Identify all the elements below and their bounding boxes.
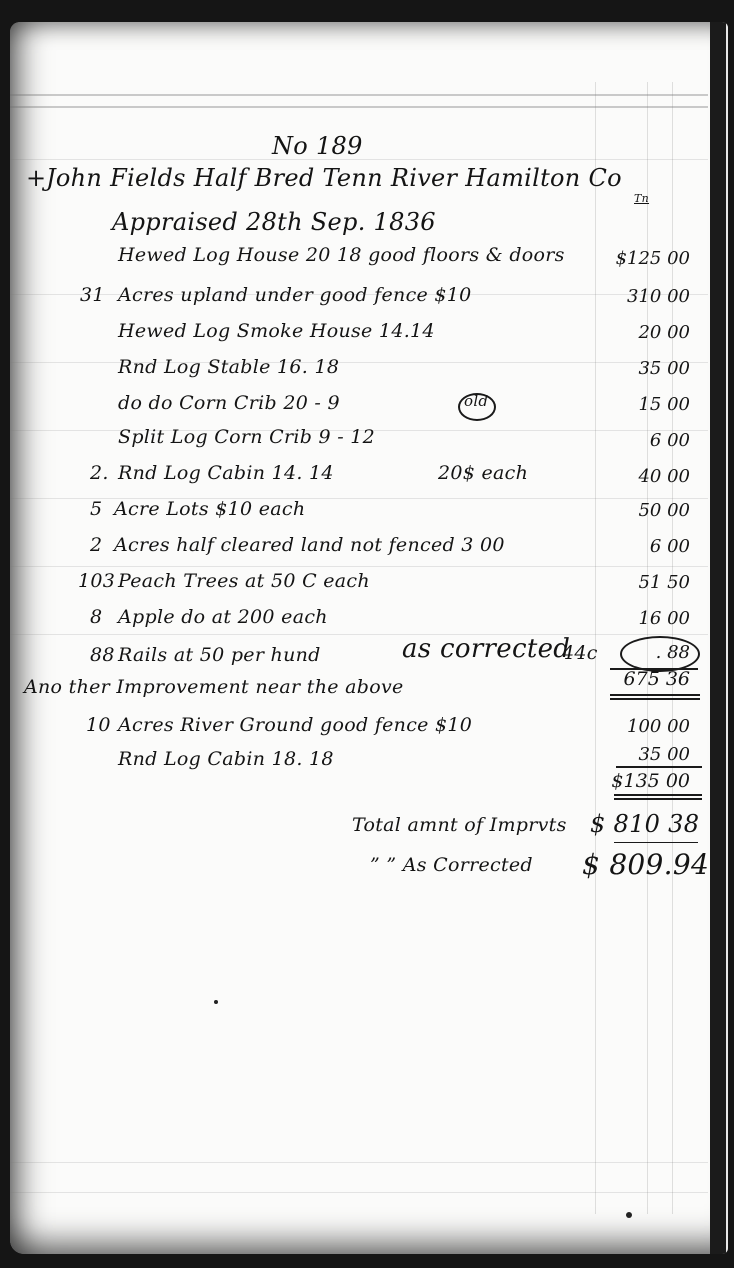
item-amount: 16 00 xyxy=(580,608,690,629)
item-qty: 31 xyxy=(80,284,105,306)
double-rule xyxy=(610,698,700,700)
page-rule xyxy=(10,94,708,96)
item-qty: 5 xyxy=(90,498,102,520)
item-amount: . 88 xyxy=(580,642,690,663)
double-rule xyxy=(614,798,702,800)
item-description: Acres River Ground good fence $10 xyxy=(118,714,472,736)
item-qty: 10 xyxy=(86,714,111,736)
scan-speck xyxy=(214,1000,218,1004)
item-amount: $125 00 xyxy=(580,248,690,269)
item-qty: 88 xyxy=(90,644,115,666)
item-description: Rnd Log Cabin 18. 18 xyxy=(118,748,334,770)
sum-rule xyxy=(616,766,702,768)
item-amount: 35 00 xyxy=(580,358,690,379)
section-2-heading: Ano ther Improvement near the above xyxy=(24,676,404,698)
item-amount: 50 00 xyxy=(580,500,690,521)
double-rule xyxy=(614,794,702,796)
total-rule xyxy=(614,842,698,843)
grid-line xyxy=(10,566,708,567)
subtotal-1: 675 36 xyxy=(580,668,690,690)
subtotal-2: $135 00 xyxy=(580,770,690,792)
grid-line xyxy=(10,1192,708,1193)
item-amount: 6 00 xyxy=(580,430,690,451)
claimant-line: John Fields Half Bred Tenn River Hamilto… xyxy=(46,164,622,192)
item-amount: 40 00 xyxy=(580,466,690,487)
item-description: Rnd Log Stable 16. 18 xyxy=(118,356,339,378)
item-description: Hewed Log House 20 18 good floors & door… xyxy=(118,244,565,266)
item-qty: 8 xyxy=(90,606,102,628)
corrected-label: ” ” As Corrected xyxy=(370,854,533,876)
item-qty: 2 xyxy=(90,534,102,556)
item-description: do do Corn Crib 20 - 9 xyxy=(118,392,340,414)
item-amount: 6 00 xyxy=(580,536,690,557)
item-description: Rails at 50 per hund xyxy=(118,644,321,666)
item-amount: 35 00 xyxy=(580,744,690,765)
page-rule xyxy=(10,106,708,108)
item-note: old xyxy=(464,392,488,410)
item-qty: 2. xyxy=(90,462,109,484)
record-number: No 189 xyxy=(272,132,363,160)
double-rule xyxy=(610,694,700,696)
item-description: Apple do at 200 each xyxy=(118,606,328,628)
item-description: Acres half cleared land not fenced 3 00 xyxy=(114,534,505,556)
item-description: Split Log Corn Crib 9 - 12 xyxy=(118,426,375,448)
claimant-mark: + xyxy=(26,164,46,192)
item-description: Rnd Log Cabin 14. 14 xyxy=(118,462,334,484)
county-note: Tn xyxy=(634,192,649,205)
item-qty: 103 xyxy=(78,570,115,592)
ledger-page: No 189 + John Fields Half Bred Tenn Rive… xyxy=(10,22,728,1254)
total-value: $ 810 38 xyxy=(590,810,699,838)
correction-note: as corrected xyxy=(402,634,570,664)
item-description: Acre Lots $10 each xyxy=(114,498,305,520)
binding-edge xyxy=(710,22,726,1254)
item-description: Peach Trees at 50 C each xyxy=(118,570,370,592)
grid-line xyxy=(10,634,708,635)
item-amount: 20 00 xyxy=(580,322,690,343)
next-page-edge xyxy=(726,22,728,1254)
corrected-total-value: $ 809.94 xyxy=(582,848,709,881)
grid-line xyxy=(10,1162,708,1163)
scan-speck xyxy=(626,1212,632,1218)
item-amount: 310 00 xyxy=(580,286,690,307)
item-description: Hewed Log Smoke House 14.14 xyxy=(118,320,435,342)
appraisal-date: Appraised 28th Sep. 1836 xyxy=(112,208,436,236)
item-amount: 100 00 xyxy=(580,716,690,737)
item-description: Acres upland under good fence $10 xyxy=(118,284,472,306)
item-amount: 51 50 xyxy=(580,572,690,593)
total-label: Total amnt of Imprvts xyxy=(352,814,567,836)
item-amount: 15 00 xyxy=(580,394,690,415)
item-extra: 20$ each xyxy=(438,462,528,484)
